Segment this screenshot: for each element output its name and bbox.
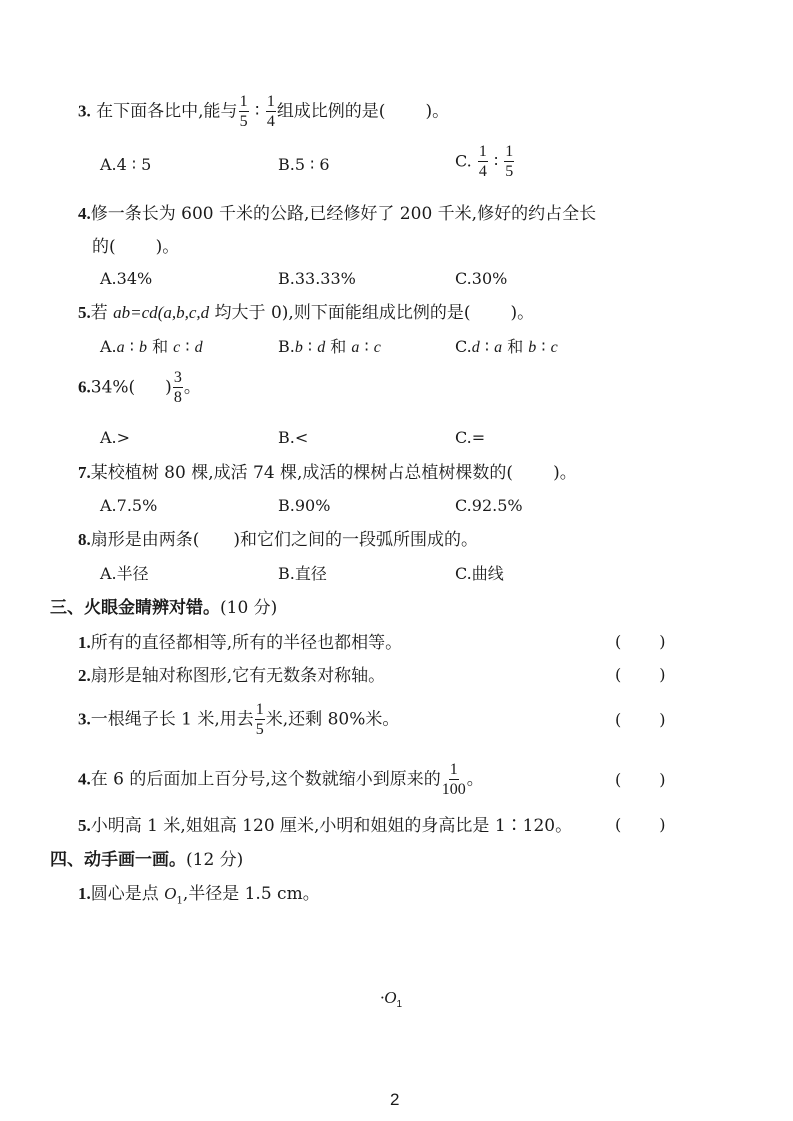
- fraction: 15: [504, 144, 514, 180]
- fraction: 14: [478, 144, 488, 180]
- option-5c[interactable]: C.d ∶ a 和 b ∶ c: [455, 336, 558, 359]
- question-6: 6.34%()38。: [78, 370, 201, 406]
- tf-item-3: 3.一根绳子长 1 米,用去15米,还剩 80%米。: [78, 702, 399, 738]
- option-5a[interactable]: A.a ∶ b 和 c ∶ d: [100, 336, 203, 359]
- option-8a[interactable]: A.半径: [100, 563, 149, 585]
- option-4a[interactable]: A.34%: [100, 268, 152, 290]
- option-3c[interactable]: C. 14 ∶ 15: [455, 144, 515, 180]
- question-4: 4.修一条长为 600 千米的公路,已经修好了 200 千米,修好的约占全长: [78, 203, 596, 225]
- section-3-title: 三、火眼金睛辨对错。(10 分): [50, 597, 277, 619]
- tf-item-4: 4.在 6 的后面加上百分号,这个数就缩小到原来的1100。: [78, 762, 484, 798]
- option-7a[interactable]: A.7.5%: [100, 495, 157, 517]
- option-5b[interactable]: B.b ∶ d 和 a ∶ c: [278, 336, 381, 359]
- tf-item-1: 1.所有的直径都相等,所有的半径也都相等。: [78, 632, 402, 654]
- tf-answer-2[interactable]: (): [615, 665, 666, 684]
- option-8c[interactable]: C.曲线: [455, 563, 504, 585]
- option-6b[interactable]: B.<: [278, 427, 308, 449]
- fraction: 14: [266, 94, 276, 130]
- tf-item-5: 5.小明高 1 米,姐姐高 120 厘米,小明和姐姐的身高比是 1∶120。: [78, 815, 572, 837]
- question-3: 3. 在下面各比中,能与15 ∶ 14组成比例的是()。: [78, 94, 449, 130]
- option-3b[interactable]: B.5 ∶ 6: [278, 154, 330, 176]
- circle-center-point[interactable]: ·O1: [380, 988, 402, 1010]
- fraction: 38: [173, 370, 183, 406]
- option-4b[interactable]: B.33.33%: [278, 268, 356, 290]
- question-5: 5.若 ab=cd(a,b,c,d 均大于 0),则下面能组成比例的是()。: [78, 302, 534, 324]
- tf-answer-1[interactable]: (): [615, 632, 666, 651]
- fraction: 1100: [442, 762, 466, 798]
- question-7: 7.某校植树 80 棵,成活 74 棵,成活的棵树占总植树棵数的()。: [78, 462, 577, 484]
- option-6c[interactable]: C.=: [455, 427, 485, 449]
- option-3a[interactable]: A.4 ∶ 5: [100, 154, 151, 176]
- page-number: 2: [390, 1090, 399, 1110]
- option-6a[interactable]: A.>: [100, 427, 130, 449]
- tf-answer-5[interactable]: (): [615, 815, 666, 834]
- option-7b[interactable]: B.90%: [278, 495, 330, 517]
- option-8b[interactable]: B.直径: [278, 563, 327, 585]
- fraction: 15: [255, 702, 265, 738]
- draw-item-1: 1.圆心是点 O1,半径是 1.5 cm。: [78, 883, 320, 912]
- section-4-title: 四、动手画一画。(12 分): [50, 849, 243, 871]
- tf-answer-4[interactable]: (): [615, 770, 666, 789]
- tf-answer-3[interactable]: (): [615, 710, 666, 729]
- option-7c[interactable]: C.92.5%: [455, 495, 523, 517]
- question-8: 8.扇形是由两条()和它们之间的一段弧所围成的。: [78, 529, 478, 551]
- option-4c[interactable]: C.30%: [455, 268, 507, 290]
- fraction: 15: [239, 94, 249, 130]
- tf-item-2: 2.扇形是轴对称图形,它有无数条对称轴。: [78, 665, 385, 687]
- question-4-line2: 的()。: [92, 236, 179, 258]
